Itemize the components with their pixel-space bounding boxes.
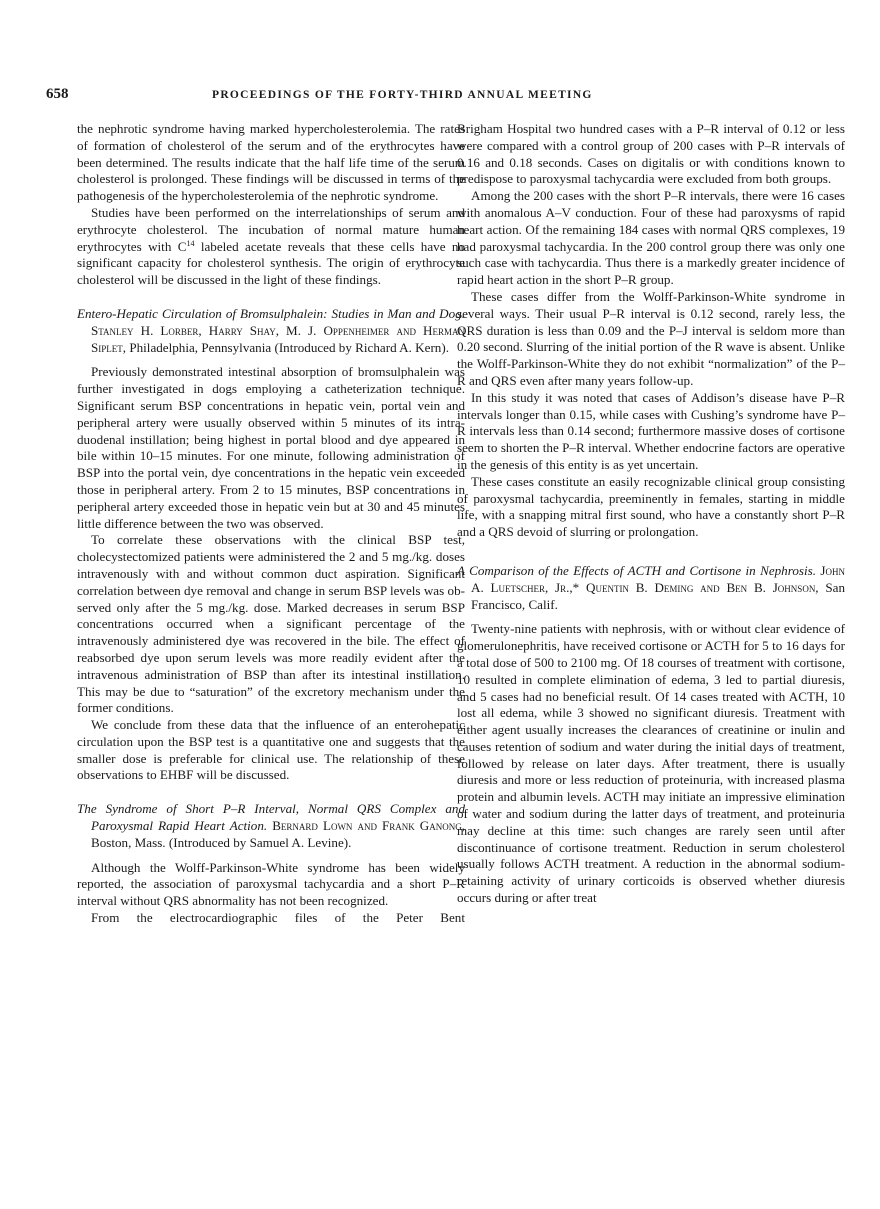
article-title: Entero-Hepatic Circulation of Bromsulpha… (77, 306, 465, 321)
body-paragraph: In this study it was noted that cases of… (457, 390, 845, 474)
body-paragraph: These cases constitute an easily recogni… (457, 474, 845, 541)
body-paragraph: Although the Wolff-Parkinson-White syndr… (77, 860, 465, 910)
article-location: Boston, Mass. (91, 835, 166, 850)
article-title: A Comparison of the Effects of ACTH and … (457, 563, 816, 578)
body-paragraph: Among the 200 cases with the short P–R i… (457, 188, 845, 289)
body-paragraph: These cases differ from the Wolff-Parkin… (457, 289, 845, 390)
article-introduced-by: (Introduced by Samuel A. Levine). (169, 835, 352, 850)
body-paragraph: From the electrocardiographic files of t… (77, 910, 465, 927)
article-introduced-by: (Introduced by Richard A. Kern). (274, 340, 449, 355)
article-heading: A Comparison of the Effects of ACTH and … (457, 563, 845, 613)
left-column: the nephrotic syndrome having marked hyp… (77, 121, 465, 927)
running-head: PROCEEDINGS OF THE FORTY-THIRD ANNUAL ME… (212, 89, 593, 101)
article-authors: Bernard Lown and Frank Ganong, (272, 818, 465, 833)
article-heading: Entero-Hepatic Circulation of Bromsulpha… (77, 306, 465, 356)
page-header: 658 PROCEEDINGS OF THE FORTY-THIRD ANNUA… (46, 86, 846, 106)
article-heading: The Syndrome of Short P–R Interval, Norm… (77, 801, 465, 851)
page-number: 658 (46, 86, 69, 103)
right-column: Brigham Hospital two hundred cases with … (457, 121, 845, 907)
article-location: Philadelphia, Pennsylvania (129, 340, 271, 355)
body-paragraph: We conclude from these data that the inf… (77, 717, 465, 784)
body-paragraph: Studies have been performed on the inter… (77, 205, 465, 289)
body-paragraph: Previously demonstrated intestinal absor… (77, 364, 465, 532)
body-paragraph: To correlate these observations with the… (77, 532, 465, 717)
body-paragraph: Brigham Hospital two hundred cases with … (457, 121, 845, 188)
body-paragraph: Twenty-nine patients with nephrosis, wit… (457, 621, 845, 907)
body-paragraph: the nephrotic syndrome having marked hyp… (77, 121, 465, 205)
